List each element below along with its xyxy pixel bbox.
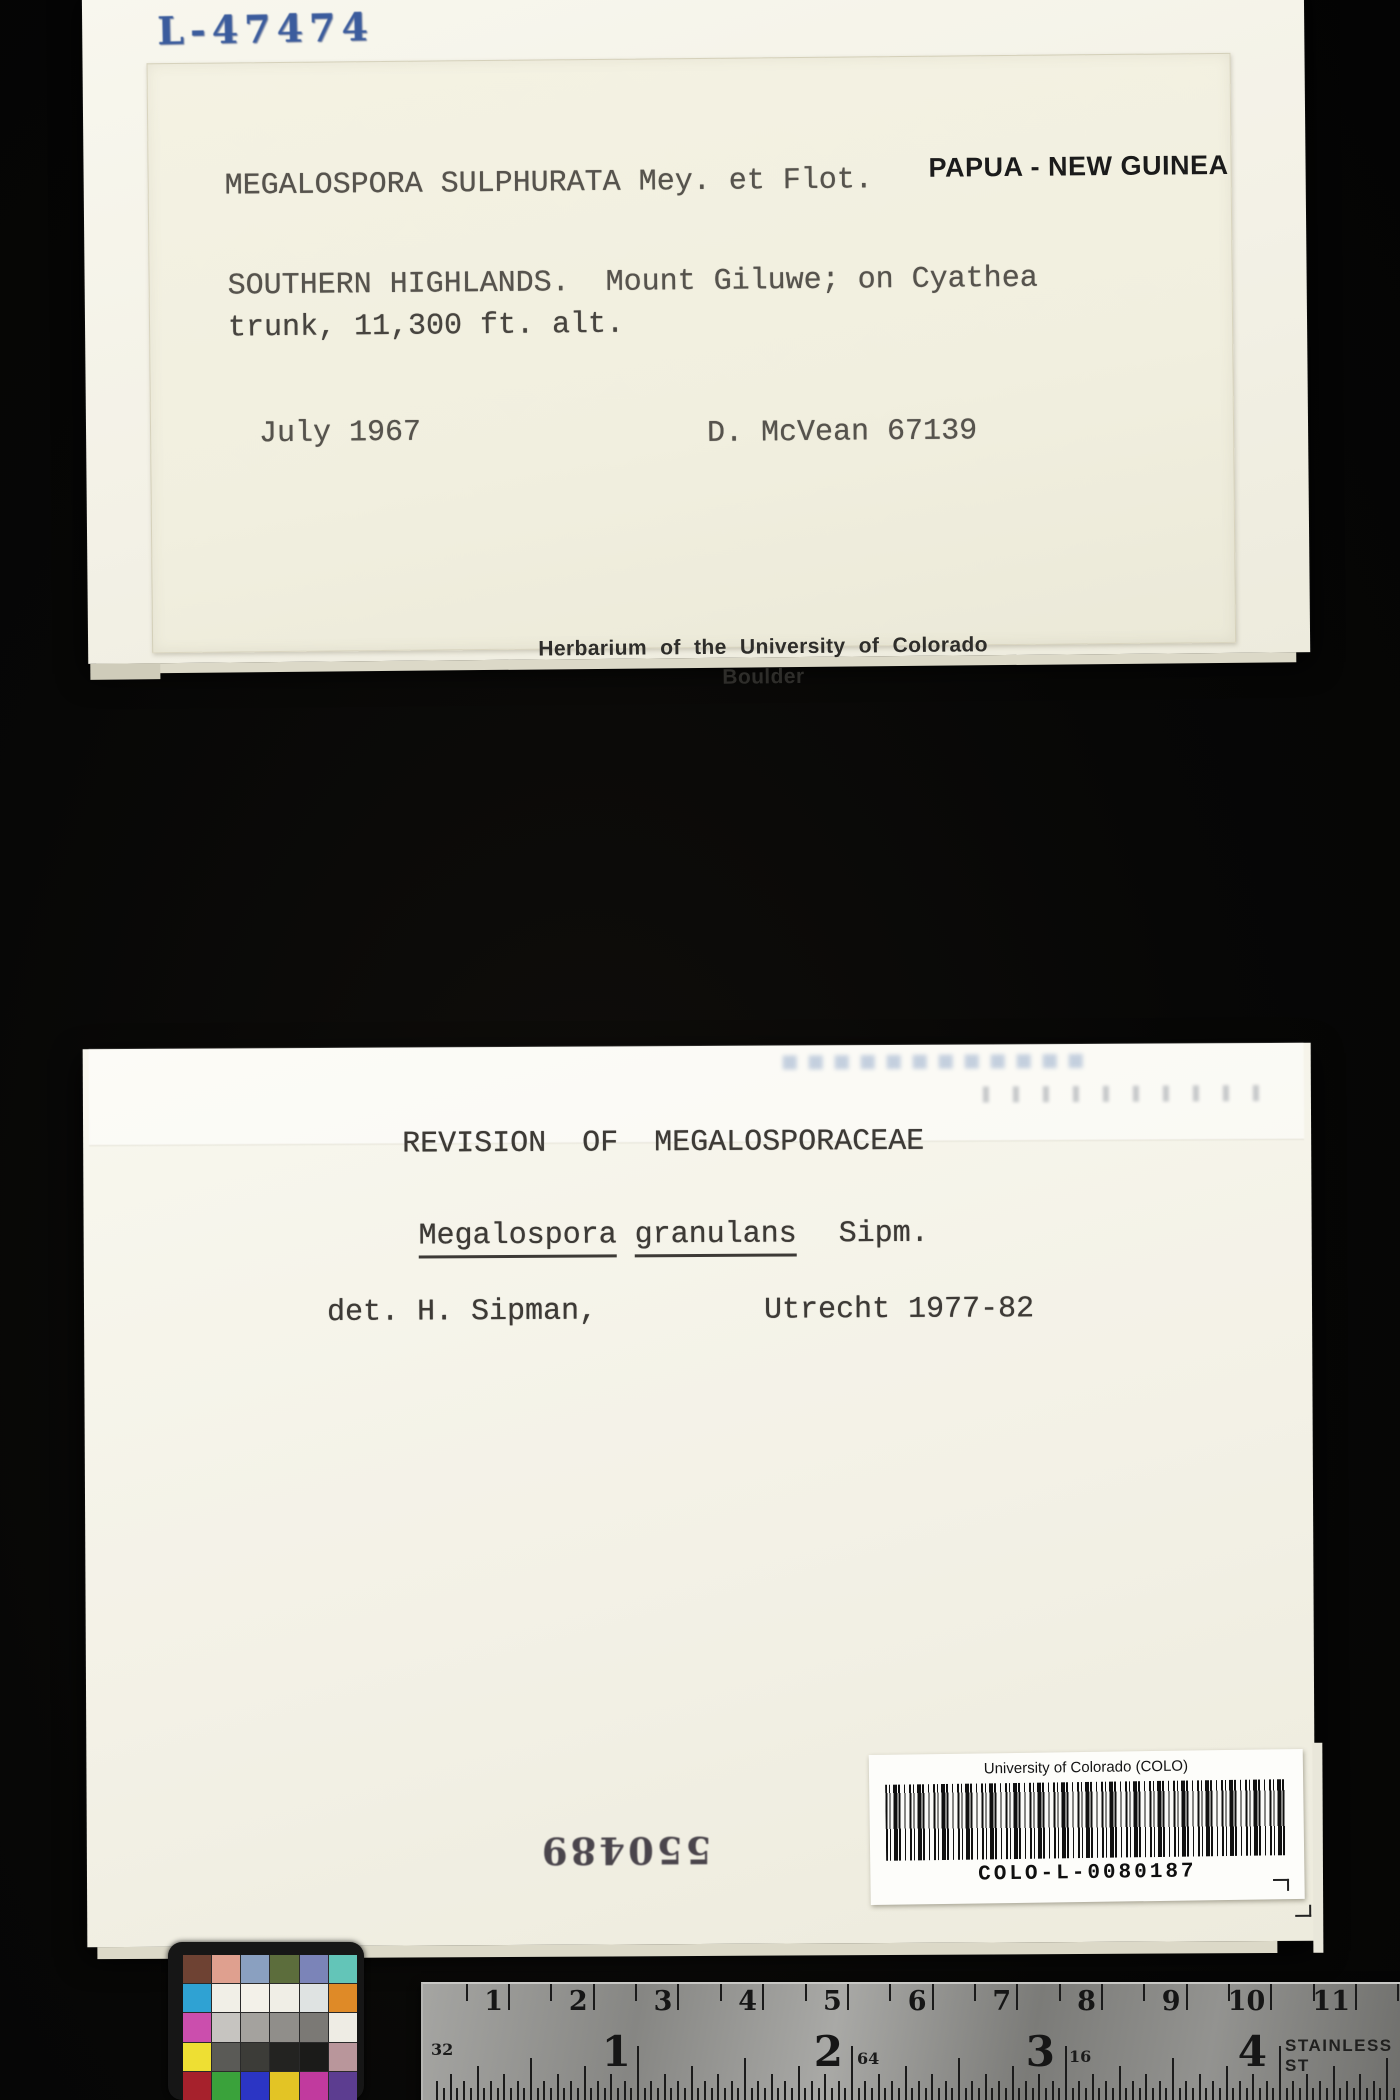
color-chip — [183, 1984, 211, 2012]
determiner-line: det. H. Sipman, — [327, 1295, 597, 1330]
inch-tick — [1025, 2081, 1027, 2100]
inch-tick — [898, 2088, 900, 2100]
inch-tick — [1058, 2088, 1060, 2100]
inch-tick — [477, 2066, 479, 2100]
inch-tick — [1078, 2081, 1080, 2100]
color-chip — [183, 2013, 211, 2041]
stacked-card-edge — [1312, 1743, 1323, 1953]
color-chip — [270, 2013, 298, 2041]
cm-tick — [593, 1984, 595, 2010]
inch-tick — [1038, 2074, 1040, 2100]
inch-tick — [637, 2046, 639, 2100]
inch-tick — [657, 2088, 659, 2100]
inch-tick — [971, 2081, 973, 2100]
inch-tick — [737, 2088, 739, 2100]
inch-tick — [751, 2088, 753, 2100]
color-chip — [300, 2013, 328, 2041]
inch-tick — [517, 2081, 519, 2100]
inch-tick — [510, 2088, 512, 2100]
inch-tick — [731, 2081, 733, 2100]
determination-place-year: Utrecht 1977-82 — [764, 1292, 1034, 1327]
inch-tick — [878, 2074, 880, 2100]
region-header: PAPUA - NEW GUINEA — [896, 150, 1228, 184]
cm-tick — [762, 1984, 764, 2010]
inch-tick — [463, 2081, 465, 2100]
inch-tick — [985, 2074, 987, 2100]
faded-ink-smudge — [983, 1085, 1263, 1102]
inch-tick — [925, 2088, 927, 2100]
inch-tick — [1232, 2088, 1234, 2100]
ruler-cm-number: 1 — [448, 1986, 503, 2017]
inch-tick — [577, 2088, 579, 2100]
inch-tick — [670, 2088, 672, 2100]
inch-tick — [697, 2088, 699, 2100]
inch-tick — [604, 2088, 606, 2100]
color-chip — [329, 2013, 357, 2041]
inch-tick — [884, 2088, 886, 2100]
cm-tick — [1016, 1984, 1018, 2010]
barcode-label: University of Colorado (COLO) COLO-L-008… — [869, 1749, 1305, 1905]
inch-tick — [1205, 2088, 1207, 2100]
collection-date: July 1967 — [259, 416, 421, 452]
inch-tick — [831, 2088, 833, 2100]
inch-tick — [1065, 2046, 1067, 2100]
inch-tick — [764, 2088, 766, 2100]
ruler-cm-number: 5 — [787, 1986, 842, 2017]
species-line: MEGALOSPORA SULPHURATA Mey. et Flot. — [225, 163, 873, 203]
color-chip — [212, 2013, 240, 2041]
barcode-institution: University of Colorado (COLO) — [869, 1756, 1303, 1779]
inch-tick — [858, 2088, 860, 2100]
front-inner-label: PAPUA - NEW GUINEA MEGALOSPORA SULPHURAT… — [147, 53, 1237, 653]
inch-tick — [617, 2088, 619, 2100]
inch-tick — [1373, 2081, 1375, 2100]
inch-tick — [503, 2074, 505, 2100]
color-chip — [212, 2043, 240, 2071]
herbarium-footer: Herbarium of the University of Colorado … — [453, 629, 1074, 695]
inch-tick — [1259, 2088, 1261, 2100]
inch-tick — [1119, 2066, 1121, 2100]
color-chip — [329, 2043, 357, 2071]
color-chip — [241, 2043, 269, 2071]
ruler-32nds-label: 32 — [431, 2040, 453, 2059]
ruler-cm-number: 8 — [1041, 1986, 1096, 2017]
inch-tick — [1085, 2088, 1087, 2100]
inch-tick — [818, 2088, 820, 2100]
inch-tick — [1098, 2088, 1100, 2100]
herbarium-line-1: Herbarium of the University of Colorado — [453, 629, 1073, 665]
inch-tick — [1192, 2088, 1194, 2100]
color-chip — [329, 1984, 357, 2012]
inch-tick — [1286, 2088, 1288, 2100]
inch-tick — [684, 2088, 686, 2100]
inch-tick — [470, 2088, 472, 2100]
inch-tick — [844, 2088, 846, 2100]
ruler: 1234567891011 1234 32 64 16 STAINLESS ST — [421, 1982, 1400, 2100]
inch-tick — [1353, 2088, 1355, 2100]
ruler-64ths-label: 64 — [857, 2049, 879, 2068]
barcode-number: COLO-L-0080187 — [870, 1859, 1304, 1888]
inch-tick — [998, 2081, 1000, 2100]
inch-tick — [784, 2081, 786, 2100]
color-checker-grid — [183, 1955, 357, 2100]
inch-tick — [1366, 2088, 1368, 2100]
ruler-cm-number: 10 — [1210, 1986, 1265, 2017]
inch-tick — [1292, 2081, 1294, 2100]
inch-tick — [891, 2081, 893, 2100]
color-chip — [300, 2043, 328, 2071]
inch-tick — [1179, 2088, 1181, 2100]
inch-tick — [811, 2081, 813, 2100]
inch-tick — [1132, 2081, 1134, 2100]
inch-tick — [1306, 2074, 1308, 2100]
color-chip — [183, 2043, 211, 2071]
inch-tick — [1279, 2046, 1281, 2100]
revision-title: REVISION OF MEGALOSPORACEAE — [402, 1125, 924, 1162]
inch-tick — [1252, 2074, 1254, 2100]
inch-tick — [791, 2088, 793, 2100]
cm-tick — [1355, 1984, 1357, 2010]
inch-tick — [1246, 2088, 1248, 2100]
inch-tick — [570, 2081, 572, 2100]
inch-tick — [691, 2066, 693, 2100]
inch-tick — [1299, 2088, 1301, 2100]
color-checker — [168, 1942, 364, 2100]
ruler-inch-number: 1 — [583, 2027, 631, 2076]
inch-tick — [711, 2088, 713, 2100]
color-chip — [241, 1984, 269, 2012]
inch-tick — [1185, 2081, 1187, 2100]
inch-tick — [824, 2074, 826, 2100]
inch-tick — [1346, 2081, 1348, 2100]
inch-tick — [1312, 2088, 1314, 2100]
inch-tick — [724, 2088, 726, 2100]
inch-tick — [1199, 2074, 1201, 2100]
inch-tick — [1072, 2088, 1074, 2100]
color-chip — [300, 1984, 328, 2012]
inch-tick — [1266, 2081, 1268, 2100]
inch-tick — [871, 2088, 873, 2100]
inch-tick — [597, 2081, 599, 2100]
inch-tick — [664, 2074, 666, 2100]
inch-tick — [677, 2081, 679, 2100]
inch-tick — [838, 2081, 840, 2100]
inch-tick — [1239, 2081, 1241, 2100]
inch-tick — [717, 2074, 719, 2100]
inch-tick — [490, 2081, 492, 2100]
specimen-photo: L-47474 PAPUA - NEW GUINEA MEGALOSPORA S… — [0, 0, 1400, 2100]
author-abbreviation: Sipm. — [839, 1217, 929, 1251]
inch-tick — [771, 2074, 773, 2100]
ruler-inch-number: 3 — [1007, 2027, 1055, 2076]
inverted-accession-stamp: 550489 — [539, 1828, 712, 1873]
inch-tick — [543, 2081, 545, 2100]
corner-mark-icon — [1295, 1905, 1311, 1917]
inch-tick — [1145, 2074, 1147, 2100]
inch-tick — [1112, 2088, 1114, 2100]
inch-tick — [1272, 2088, 1274, 2100]
inch-tick — [1139, 2088, 1141, 2100]
corner-mark-icon — [1273, 1879, 1289, 1891]
color-chip — [270, 1955, 298, 1983]
inch-tick — [1326, 2088, 1328, 2100]
inch-tick — [1152, 2088, 1154, 2100]
ruler-cm-number: 6 — [872, 1986, 927, 2017]
inch-tick — [1032, 2088, 1034, 2100]
cm-half-tick — [1397, 1984, 1399, 2001]
inch-tick — [1092, 2074, 1094, 2100]
inch-tick — [537, 2088, 539, 2100]
inch-tick — [991, 2088, 993, 2100]
inch-tick — [523, 2088, 525, 2100]
cm-tick — [677, 1984, 679, 2010]
inch-tick — [443, 2088, 445, 2100]
inch-tick — [951, 2088, 953, 2100]
inch-tick — [497, 2088, 499, 2100]
collector-number: D. McVean 67139 — [707, 414, 977, 451]
inch-tick — [1359, 2074, 1361, 2100]
locality-line-1: SOUTHERN HIGHLANDS. Mount Giluwe; on Cya… — [227, 262, 1037, 304]
cm-tick — [1270, 1984, 1272, 2010]
cm-tick — [1186, 1984, 1188, 2010]
color-chip — [300, 2072, 328, 2100]
inch-tick — [905, 2066, 907, 2100]
inch-tick — [557, 2074, 559, 2100]
inch-tick — [757, 2081, 759, 2100]
inch-tick — [1105, 2081, 1107, 2100]
herbarium-line-2: Boulder — [453, 659, 1073, 695]
inch-tick — [483, 2088, 485, 2100]
inch-tick — [1393, 2088, 1395, 2100]
color-chip — [212, 2072, 240, 2100]
color-chip — [241, 2013, 269, 2041]
inch-tick — [650, 2081, 652, 2100]
inch-tick — [436, 2081, 438, 2100]
inch-tick — [563, 2088, 565, 2100]
cm-tick — [508, 1984, 510, 2010]
inch-tick — [744, 2058, 746, 2100]
color-chip — [212, 1984, 240, 2012]
word-space — [617, 1218, 635, 1252]
ruler-cm-number: 4 — [702, 1986, 757, 2017]
species-epithet: granulans — [635, 1217, 797, 1257]
ruler-inch-number: 2 — [795, 2027, 843, 2076]
label-front-card: L-47474 PAPUA - NEW GUINEA MEGALOSPORA S… — [82, 0, 1310, 664]
inch-tick — [931, 2074, 933, 2100]
color-chip — [300, 1955, 328, 1983]
inch-tick — [1219, 2088, 1221, 2100]
inch-tick — [1172, 2058, 1174, 2100]
inch-tick — [1379, 2088, 1381, 2100]
accession-number-stamp: L-47474 — [157, 4, 375, 53]
ruler-inch-number: 4 — [1219, 2027, 1267, 2076]
color-chip — [270, 1984, 298, 2012]
genus-name: Megalospora — [419, 1218, 617, 1258]
ruler-cm-number: 3 — [617, 1986, 672, 2017]
inch-tick — [1052, 2081, 1054, 2100]
color-chip — [183, 1955, 211, 1983]
ruler-cm-number: 2 — [533, 1986, 588, 2017]
inch-tick — [918, 2081, 920, 2100]
inch-tick — [1212, 2081, 1214, 2100]
inch-tick — [965, 2088, 967, 2100]
inch-tick — [610, 2074, 612, 2100]
inch-tick — [624, 2081, 626, 2100]
inch-tick — [1125, 2088, 1127, 2100]
barcode-icon — [885, 1779, 1286, 1861]
inch-tick — [704, 2081, 706, 2100]
inch-tick — [945, 2081, 947, 2100]
color-chip — [270, 2043, 298, 2071]
inch-tick — [958, 2058, 960, 2100]
inch-tick — [530, 2058, 532, 2100]
color-chip — [329, 2072, 357, 2100]
inch-tick — [1045, 2088, 1047, 2100]
cm-tick — [1101, 1984, 1103, 2010]
inch-tick — [550, 2088, 552, 2100]
inch-tick — [938, 2088, 940, 2100]
label-back-card: REVISION OF MEGALOSPORACEAE Megalospora … — [83, 1043, 1316, 1947]
ruler-cm-number: 9 — [1126, 1986, 1181, 2017]
inch-tick — [1018, 2088, 1020, 2100]
cm-tick — [932, 1984, 934, 2010]
inch-tick — [911, 2088, 913, 2100]
inch-tick — [1159, 2081, 1161, 2100]
inch-tick — [456, 2088, 458, 2100]
locality-line-2: trunk, 11,300 ft. alt. — [228, 308, 624, 346]
color-chip — [329, 1955, 357, 1983]
inch-tick — [864, 2081, 866, 2100]
stacked-card-edge — [90, 663, 160, 680]
inch-tick — [1339, 2088, 1341, 2100]
color-chip — [270, 2072, 298, 2100]
inch-tick — [1319, 2081, 1321, 2100]
inch-tick — [804, 2088, 806, 2100]
inch-tick — [1165, 2088, 1167, 2100]
inch-tick — [590, 2088, 592, 2100]
color-chip — [183, 2072, 211, 2100]
ruler-brand-text: STAINLESS ST — [1285, 2036, 1400, 2076]
ruler-16ths-label: 16 — [1069, 2047, 1091, 2066]
ruler-cm-number: 7 — [956, 1986, 1011, 2017]
color-chip — [212, 1955, 240, 1983]
inch-tick — [644, 2088, 646, 2100]
color-chip — [241, 1955, 269, 1983]
ruler-cm-number: 11 — [1295, 1986, 1350, 2017]
inch-tick — [851, 2046, 853, 2100]
inch-tick — [630, 2088, 632, 2100]
inch-tick — [978, 2088, 980, 2100]
cm-tick — [847, 1984, 849, 2010]
faded-ink-smudge — [783, 1054, 1083, 1070]
inch-tick — [1005, 2088, 1007, 2100]
determination-binomial: Megalospora granulansSipm. — [419, 1217, 929, 1259]
inch-tick — [777, 2088, 779, 2100]
inch-tick — [450, 2074, 452, 2100]
color-chip — [241, 2072, 269, 2100]
